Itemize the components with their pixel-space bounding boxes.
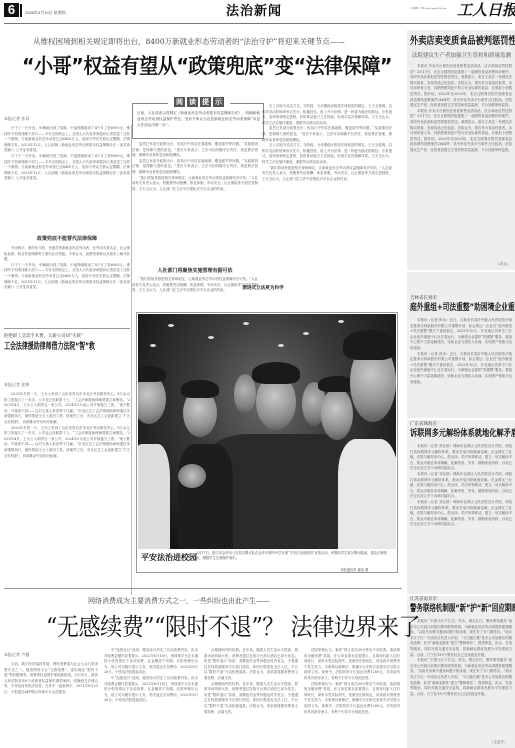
paragraph: 只干了一天外卖，车辆就出现了故障，中途抛锚耽误了4个月工资6900元。维权时不知… xyxy=(4,263,130,291)
page-number: 6 xyxy=(4,3,19,17)
column-divider xyxy=(131,125,132,595)
sidebar-story4-headline: 警务联络机制服“新”护“新”回应期盼 xyxy=(410,603,515,616)
section-rule xyxy=(4,328,130,329)
sidebar-story1-signoff: （余文） xyxy=(496,262,510,267)
reading-tips-char: 读 xyxy=(187,97,198,107)
paragraph: 本报讯 外卖平台餐饮经营者销售变质食品，应否承担惩罚性赔偿？3月17日，北京互联… xyxy=(410,64,512,109)
lead-byline: 本报记者 张哥 xyxy=(4,116,29,122)
paragraph: 虽然已有部分政策出台，但执行中仍存在落地难、覆盖面窄等问题。“从政策到法律，是保… xyxy=(262,126,392,143)
paragraph: 只干了一天外卖，车辆就出现了故障，中途抛锚耽误了4个月工资6900元。维权时不知… xyxy=(4,126,130,154)
section-title: 法治新闻 xyxy=(226,4,282,19)
side-left-kicker: 拒绝职工急需手术费、欠薪公司却“失联” xyxy=(4,333,83,339)
lead-col2-text2: “我们将加快推进相关规章制定，让新就业形态劳动者权益保障有法可依。”人社部有关负… xyxy=(132,277,258,309)
bottom-kicker: 网络消费成为主要消费方式之一，一些纠纷也由此产生—— xyxy=(88,596,270,606)
news-photo xyxy=(138,314,396,549)
sidebar-story2-headline: 庭外重组+司法重整”助困境企业重生 xyxy=(410,302,515,315)
reading-tips-char: 示 xyxy=(213,97,224,107)
bottom-col3-text: 合理期间内的权利。近年来，随着人们生活水平提高，旅游市场持续火热，消费者通过在线… xyxy=(204,648,298,748)
bottom-col1-text: 当前，数字经济蓬勃发展，网络消费成为社会公众日常消费方式之一。随着网络平台“无感… xyxy=(4,662,98,748)
section-rule xyxy=(407,270,515,272)
lead-col2-subhead2: 渐进式立法更为科学 xyxy=(218,285,308,292)
sidebar-story3-text: 本报讯（记者 刘友婷）珠海市金湾区人民法院近日介绍，该院打造诉联网多元解纷体系，… xyxy=(410,444,512,590)
masthead-divider xyxy=(20,4,22,17)
paragraph: 合理期间内的权利。近年来，随着人们生活水平提高，旅游市场持续火热，消费者通过在线… xyxy=(204,682,298,716)
editor-credit: 责任编辑：卢越 E-mail: grrbfz@163.com xyxy=(410,8,450,11)
paragraph: 合理期间内的权利。近年来，随着人们生活水平提高，旅游市场持续火热，消费者通过在线… xyxy=(204,648,298,682)
issue-date: 2026年3月19日 星期四 xyxy=(25,10,66,15)
paragraph: “我们将加快推进相关规章制定，让新就业形态劳动者权益保障有法可依。”人社部有关负… xyxy=(262,166,392,183)
section-rule xyxy=(407,418,515,420)
reading-tips-char: 提 xyxy=(200,97,211,107)
sidebar-story3-location: 广东省珠海市 xyxy=(410,421,437,427)
paragraph: 本报讯（记者 彭冰）近日，吉林省长春市中级人民法院依法裁定批准吉林某股份有限公司… xyxy=(410,318,512,352)
lead-col3-text: 石上以较为灵活方式，分阶段、分步骤稳步推进法律规范的制定。王天玉强调，以相对灵活… xyxy=(262,104,392,300)
sidebar-story4-signoff: （王会宇） xyxy=(490,740,508,745)
paragraph: 石上以较为灵活方式，分阶段、分步骤稳步推进法律规范的制定。王天玉强调，以相对灵活… xyxy=(262,143,392,165)
bottom-byline: 本报记者 卢越 xyxy=(4,652,29,658)
paragraph: “我们将加快推进相关规章制定，让新就业形态劳动者权益保障有法可依。”人社部有关负… xyxy=(132,176,258,193)
paragraph: 法院审理认为，案涉“预订成功30分钟后不可取消，取消则收全额房费”条款，在订单页… xyxy=(304,682,400,716)
paragraph: 本报讯（记者 刘友婷）珠海市金湾区人民法院近日介绍，该院打造诉联网多元解纷体系，… xyxy=(410,472,512,500)
sidebar-story1-subhead: 法院建议生产者加强卫生管控和质量监测 xyxy=(412,51,511,59)
lead-col2-subhead: 人社部门将聚焦实施管理有据可依 xyxy=(132,268,258,275)
side-left-headline: 工会法律援助律师借力法院“智”救 xyxy=(4,341,95,353)
paragraph: 本报讯 “只需小江不江边，货币、网点在江、警务联络服务”南京市公安局日前推出警务… xyxy=(410,658,512,697)
paragraph: 本报讯（记者 刘友婷）珠海市金湾区人民法院近日介绍，该院打造诉联网多元解纷体系，… xyxy=(410,444,512,472)
paragraph: 法院审理认为，案涉“预订成功30分钟后不可取消，取消则收全额房费”条款，在订单页… xyxy=(304,648,400,682)
reading-tips-label: 阅 读 提 示 xyxy=(168,97,230,107)
paragraph: 本报讯（记者 刘友婷）珠海市金湾区人民法院近日介绍，该院打造诉联网多元解纷体系，… xyxy=(410,500,512,528)
photo-caption: 3月17日，浙江省金华市公安局交警支队在金华市第四中学开展“平安法治进校园”宣传… xyxy=(196,551,392,561)
paragraph: 本报讯（记者 彭冰）近日，吉林省长春市中级人民法院依法裁定批准吉林某股份有限公司… xyxy=(410,352,512,386)
lead-col2-text: 虽然已有部分政策出台，但执行中仍存在落地难、覆盖面窄等问题。“从政策到法律，是保… xyxy=(132,142,258,270)
reading-tips-text: 日前，人社部表示将制定《新就业形态劳动者基本权益保障办法》，明确新就业形态劳动者… xyxy=(137,110,260,136)
paragraph: 2025年冬的一天，王女士来到了山东省青岛市市北区劳动维权中心。8万余元的工资拖… xyxy=(4,392,130,426)
paragraph: 外卖骑手、网约车司机、快递员等新就业形态劳动者，在劳动关系认定、社会保险参保、职… xyxy=(4,246,130,263)
lead-headline: “小哥”权益有望从“政策兜底”变“法律保障” xyxy=(22,53,392,79)
bottom-col4-text: 法院审理认为，案涉“预订成功30分钟后不可取消，取消则收全额房费”条款，在订单页… xyxy=(304,648,400,748)
sidebar-story2-location: 吉林省长春市 xyxy=(410,295,437,301)
lead-kicker: 从维权困境到相关规定即将出台，8400万新就业形态劳动者的“法治守护”将迎来关键… xyxy=(33,36,345,47)
paragraph: 石上以较为灵活方式，分阶段、分步骤稳步推进法律规范的制定。王天玉强调，以相对灵活… xyxy=(262,104,392,126)
paragraph: 本报讯 外卖平台餐饮经营者销售变质食品，应否承担惩罚性赔偿？3月17日，北京互联… xyxy=(410,109,512,154)
paragraph: 2025年冬的一天，王女士来到了山东省青岛市市北区劳动维权中心。8万余元的工资拖… xyxy=(4,426,130,460)
photo-credit: 本报通讯员 潘浩 摄 xyxy=(340,567,368,572)
side-left-text: 2025年冬的一天，王女士来到了山东省青岛市市北区劳动维权中心。8万余元的工资拖… xyxy=(4,392,130,584)
paragraph: 虽然已有部分政策出台，但执行中仍存在落地难、覆盖面窄等问题。“从政策到法律，是保… xyxy=(132,159,258,176)
bottom-col2-text: 中“连续包月”选项，服务协议约定了自动续费内容，但未对续费金额作显著提示。202… xyxy=(104,648,198,748)
sidebar-story2-text: 本报讯（记者 彭冰）近日，吉林省长春市中级人民法院依法裁定批准吉林某股份有限公司… xyxy=(410,318,512,416)
newspaper-logo: 工人日报 xyxy=(457,2,515,19)
sidebar-story1-headline: 外卖店卖变质食品被判惩罚性赔偿 xyxy=(410,35,515,48)
paragraph: 中“连续包月”选项，服务协议约定了自动续费内容，但未对续费金额作显著提示。202… xyxy=(104,676,198,704)
masthead-rule xyxy=(4,23,512,24)
reading-tips-char: 阅 xyxy=(174,97,185,107)
section-rule xyxy=(4,588,402,589)
bottom-headline: “无感续费”“限时不退”？ 法律边界来了 xyxy=(46,612,420,642)
sidebar-story4-text: 本报讯 “只需小江不江边，货币、网点在江、警务联络服务”南京市公安局日前推出警务… xyxy=(410,619,512,739)
sidebar-story4-location: 江苏省南京市 xyxy=(410,596,437,602)
sidebar-story3-headline: 诉联网多元解纷体系就地化解矛盾 xyxy=(410,428,515,441)
lead-col1-subhead: 政策兜底不能替代法律保障 xyxy=(4,236,130,243)
paragraph: 虽然已有部分政策出台，但执行中仍存在落地难、覆盖面窄等问题。“从政策到法律，是保… xyxy=(132,142,258,159)
paragraph: 本报讯 “只需小江不江边，货币、网点在江、警务联络服务”南京市公安局日前推出警务… xyxy=(410,619,512,658)
photo-title: 平安法治进校园 xyxy=(141,553,197,563)
sidebar-story1-text: 本报讯 外卖平台餐饮经营者销售变质食品，应否承担惩罚性赔偿？3月17日，北京互联… xyxy=(410,64,512,264)
lead-col1-text2: 外卖骑手、网约车司机、快递员等新就业形态劳动者，在劳动关系认定、社会保险参保、职… xyxy=(4,246,130,326)
side-left-byline: 本报记者 张锦 xyxy=(4,382,29,388)
paragraph: 中“连续包月”选项，服务协议约定了自动续费内容，但未对续费金额作显著提示。202… xyxy=(104,648,198,676)
paragraph: 当前，数字经济蓬勃发展，网络消费成为社会公众日常消费方式之一。随着网络平台“无感… xyxy=(4,662,98,696)
paragraph: 只干了一天外卖，车辆就出现了故障，中途抛锚耽误了4个月工资6900元。维权时不知… xyxy=(4,154,130,182)
